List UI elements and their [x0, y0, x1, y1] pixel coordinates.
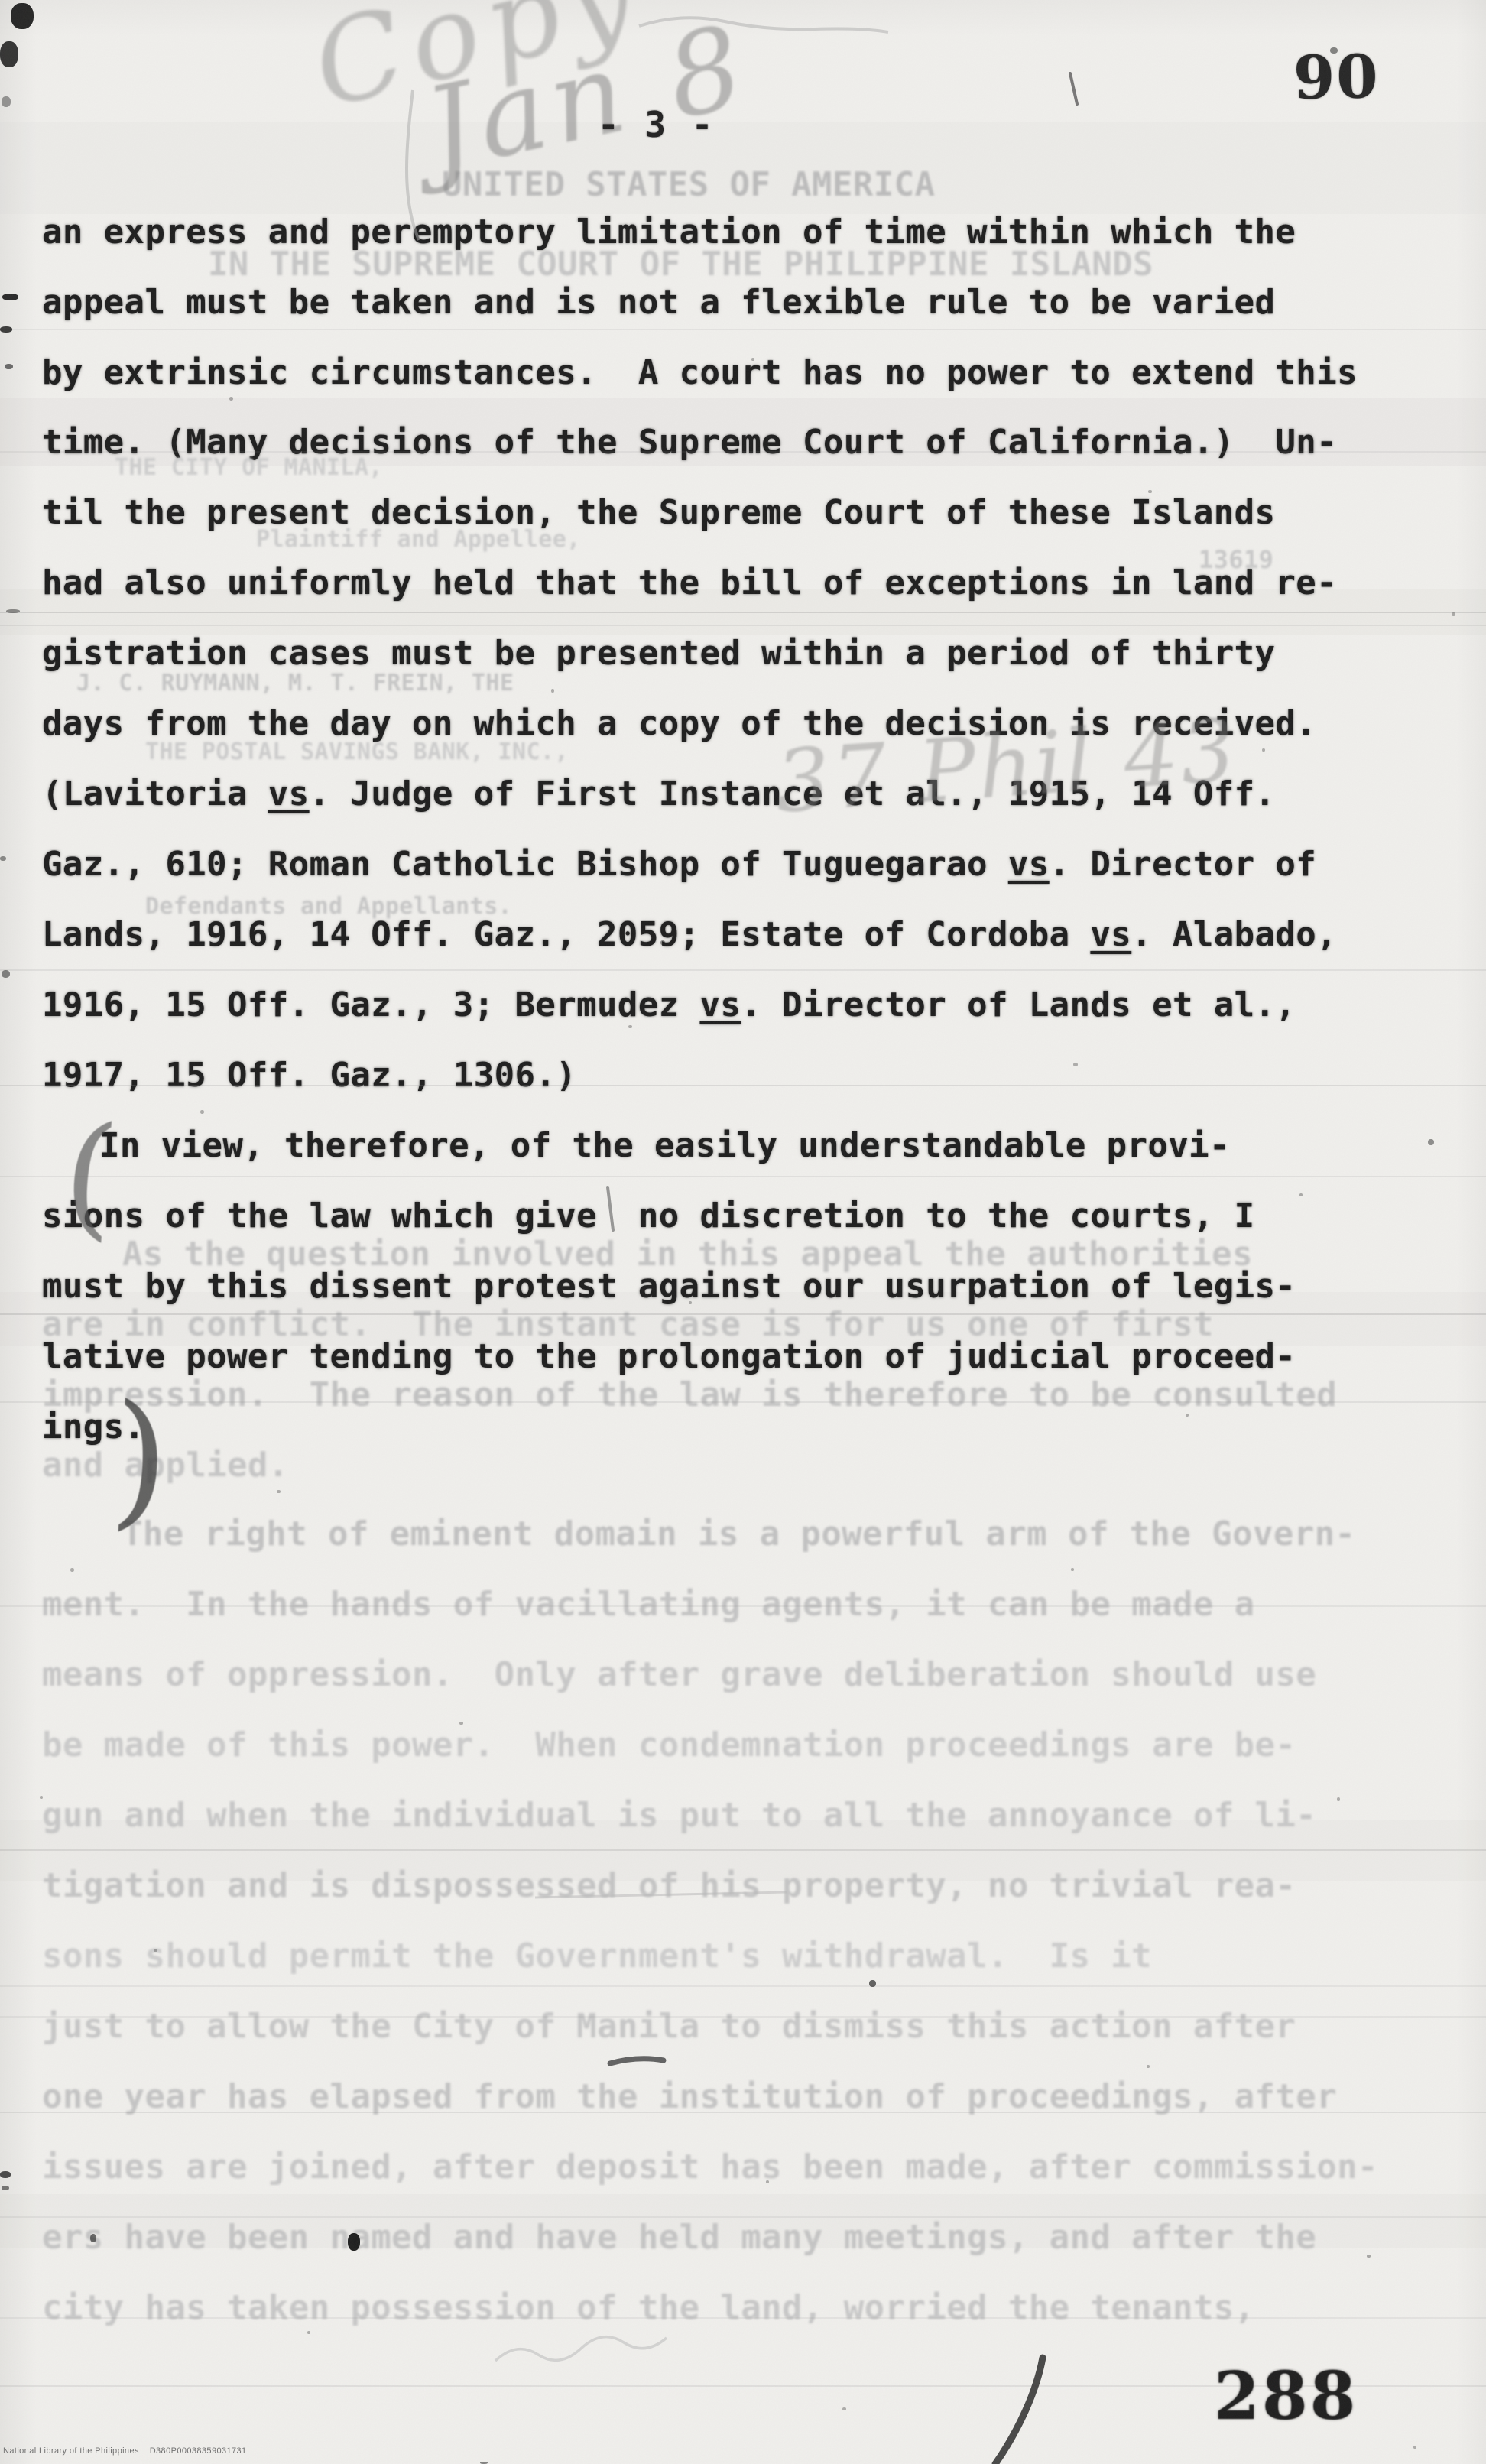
typed-line: gistration cases must be presented withi…: [42, 634, 1275, 673]
ink-speck: [0, 41, 18, 67]
ink-speck: [1147, 2065, 1150, 2068]
text-segment: sions of the law which give no discretio…: [42, 1196, 1255, 1235]
ghost-bleedthrough-line: one year has elapsed from the institutio…: [42, 2077, 1337, 2116]
ghost-bleedthrough-line: gun and when the individual is put to al…: [42, 1796, 1316, 1835]
page-stamp-90: 90: [1293, 42, 1380, 113]
text-segment: Lands, 1916, 14 Off. Gaz., 2059; Estate …: [42, 915, 1090, 954]
ghost-bleedthrough-line: UNITED STATES OF AMERICA: [442, 165, 935, 204]
ink-speck: [2, 2186, 9, 2190]
ghost-bleedthrough-line: issues are joined, after deposit has bee…: [42, 2147, 1378, 2186]
typed-line: 1917, 15 Off. Gaz., 1306.): [42, 1056, 576, 1095]
scanner-streak: [0, 969, 1486, 971]
typed-line: In view, therefore, of the easily unders…: [99, 1126, 1230, 1165]
ghost-bleedthrough-line: 13619: [1199, 545, 1273, 574]
ink-speck: [628, 1025, 632, 1028]
scanner-streak: [0, 625, 1486, 626]
typed-line: by extrinsic circumstances. A court has …: [42, 353, 1358, 392]
pen-stroke-bottom: [995, 2358, 1043, 2464]
ghost-bleedthrough-line: Defendants and Appellants.: [145, 893, 512, 920]
ghost-bleedthrough-line: just to allow the City of Manila to dism…: [42, 2007, 1296, 2046]
text-segment: . Judge of First Instance et al., 1915, …: [310, 774, 1276, 813]
typed-line: 1916, 15 Off. Gaz., 3; Bermudez vs. Dire…: [42, 985, 1296, 1024]
ink-speck: [70, 1568, 74, 1572]
text-segment: . Director of Lands et al.,: [741, 985, 1296, 1024]
text-segment: by extrinsic circumstances. A court has …: [42, 353, 1358, 392]
pen-tick: [1070, 73, 1077, 104]
ghost-bleedthrough-line: THE CITY OF MANILA,: [115, 454, 383, 481]
ink-speck: [0, 856, 6, 861]
ink-speck: [0, 326, 12, 333]
text-segment: Gaz., 610; Roman Catholic Bishop of Tugu…: [42, 845, 1008, 884]
ghost-bleedthrough-line: J. C. RUYMANN, M. T. FREIN, THE: [76, 670, 514, 696]
ink-speck: [1262, 748, 1265, 752]
ghost-bleedthrough-line: As the question involved in this appeal …: [122, 1235, 1253, 1274]
ink-speck: [1428, 1139, 1434, 1145]
text-segment: til the present decision, the Supreme Co…: [42, 493, 1275, 532]
ghost-bleedthrough-line: are in conflict. The instant case is for…: [42, 1305, 1214, 1344]
page-stamp-288: 288: [1214, 2358, 1358, 2435]
underlined-text-segment: vs: [1090, 915, 1131, 954]
typed-line: til the present decision, the Supreme Co…: [42, 493, 1275, 532]
ink-speck: [2, 970, 10, 978]
ink-speck: [459, 1722, 463, 1725]
pencil-scrawl-line: [639, 18, 888, 32]
ink-speck: [229, 397, 233, 401]
typed-line: had also uniformly held that the bill of…: [42, 563, 1337, 602]
text-segment: 1916, 15 Off. Gaz., 3; Bermudez: [42, 985, 700, 1024]
ink-speck: [1337, 1797, 1340, 1801]
ink-speck: [1073, 1063, 1078, 1066]
ink-speck: [1413, 2446, 1416, 2449]
ink-speck: [869, 1980, 876, 1987]
pen-dash: [610, 2059, 664, 2063]
text-segment: days from the day on which a copy of the…: [42, 704, 1316, 743]
text-segment: gistration cases must be presented withi…: [42, 634, 1275, 673]
typed-line: appeal must be taken and is not a flexib…: [42, 283, 1275, 322]
ghost-bleedthrough-line: impression. The reason of the law is the…: [42, 1375, 1337, 1414]
text-segment: In view, therefore, of the easily unders…: [99, 1126, 1230, 1165]
underlined-text-segment: vs: [268, 774, 310, 813]
text-segment: 1917, 15 Off. Gaz., 1306.): [42, 1056, 576, 1095]
ink-speck: [551, 689, 554, 693]
scanner-streak: [0, 1176, 1486, 1177]
ink-speck: [1452, 612, 1455, 616]
text-segment: . Alabado,: [1131, 915, 1337, 954]
ink-speck: [200, 1110, 204, 1114]
ghost-bleedthrough-line: sons should permit the Government's with…: [42, 1936, 1152, 1975]
ghost-bleedthrough-line: The right of eminent domain is a powerfu…: [122, 1514, 1355, 1553]
scanner-streak: [0, 1849, 1486, 1851]
ink-speck: [6, 609, 20, 613]
page-number: - 3 -: [598, 104, 715, 145]
ghost-bleedthrough-line: tigation and is dispossessed of his prop…: [42, 1866, 1296, 1905]
ghost-bleedthrough-line: IN THE SUPREME COURT OF THE PHILIPPINE I…: [208, 245, 1153, 284]
pencil-squiggle: [495, 2337, 667, 2361]
typed-line: Gaz., 610; Roman Catholic Bishop of Tugu…: [42, 845, 1316, 884]
ghost-bleedthrough-line: city has taken possession of the land, w…: [42, 2288, 1255, 2327]
ink-speck: [11, 3, 34, 29]
ink-speck: [1299, 1193, 1303, 1196]
text-segment: . Director of: [1050, 845, 1317, 884]
text-segment: appeal must be taken and is not a flexib…: [42, 283, 1275, 322]
scanned-document-page: an express and peremptory limitation of …: [0, 0, 1486, 2464]
ink-speck: [307, 2331, 310, 2334]
underlined-text-segment: vs: [700, 985, 741, 1024]
ink-speck: [1071, 1568, 1074, 1571]
ghost-bleedthrough-line: ers have been named and have held many m…: [42, 2218, 1316, 2257]
text-segment: (Lavitoria: [42, 774, 268, 813]
ghost-bleedthrough-line: Plaintiff and Appellee,: [256, 526, 581, 553]
ink-speck: [5, 364, 13, 369]
ink-speck: [277, 1490, 281, 1493]
scanner-streak: [0, 1985, 1486, 1987]
typed-line: (Lavitoria vs. Judge of First Instance e…: [42, 774, 1275, 813]
scanner-streak: [0, 329, 1486, 330]
ghost-bleedthrough-line: THE POSTAL SAVINGS BANK, INC.,: [145, 739, 569, 765]
ghost-bleedthrough-line: means of oppression. Only after grave de…: [42, 1655, 1316, 1694]
typed-line: days from the day on which a copy of the…: [42, 704, 1316, 743]
ghost-bleedthrough-line: be made of this power. When condemnation…: [42, 1725, 1296, 1764]
text-segment: had also uniformly held that the bill of…: [42, 563, 1337, 602]
ink-speck: [2, 294, 18, 300]
ink-speck: [842, 2407, 846, 2410]
ink-speck: [1367, 2255, 1371, 2258]
scanner-streak: [0, 612, 1486, 613]
underlined-text-segment: vs: [1008, 845, 1050, 884]
ghost-bleedthrough-line: and applied.: [42, 1446, 289, 1485]
ghost-bleedthrough-line: ment. In the hands of vacillating agents…: [42, 1585, 1255, 1624]
ink-speck: [0, 2171, 11, 2178]
typed-line: Lands, 1916, 14 Off. Gaz., 2059; Estate …: [42, 915, 1337, 954]
library-watermark: National Library of the Philippines D380…: [3, 2446, 247, 2456]
ink-speck: [2, 96, 11, 107]
typed-line: sions of the law which give no discretio…: [42, 1196, 1255, 1235]
